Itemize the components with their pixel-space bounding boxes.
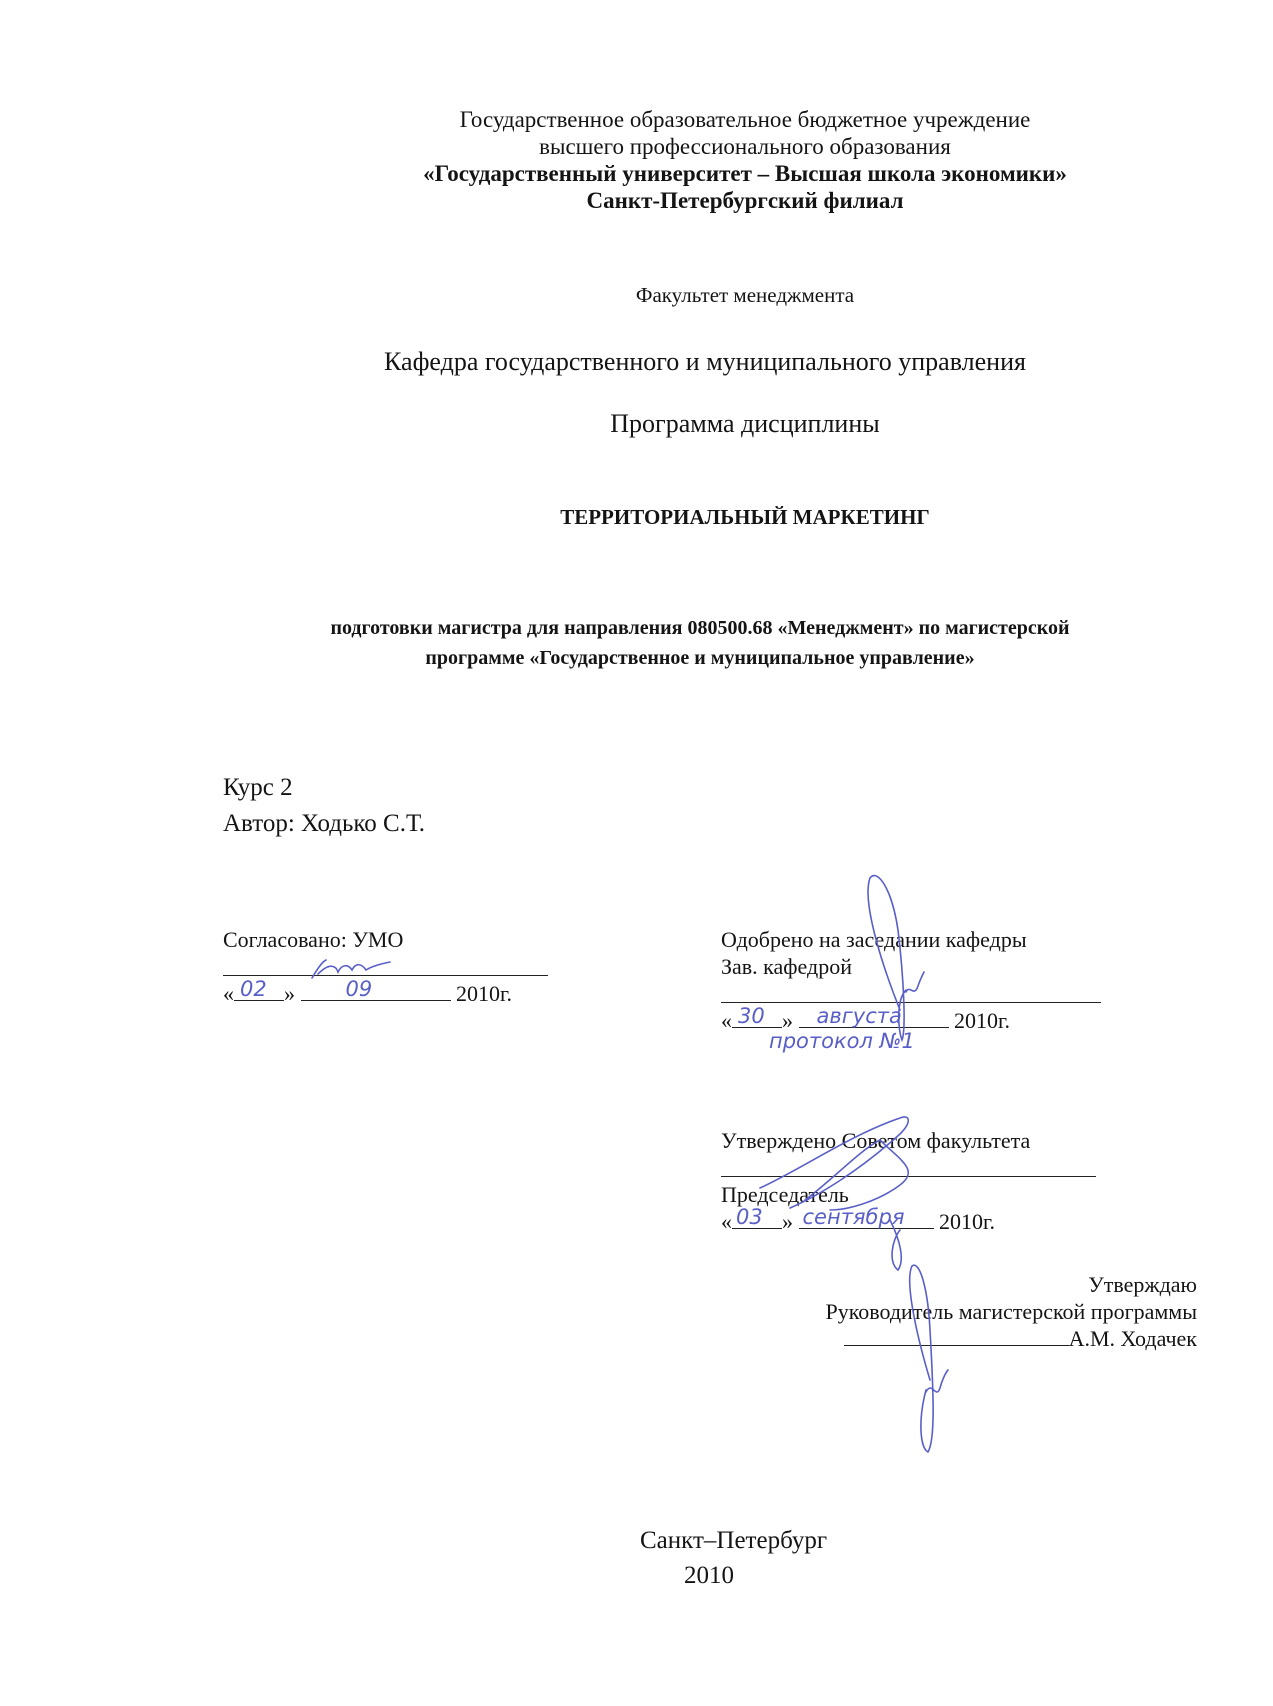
faculty-name: Факультет менеджмента bbox=[330, 283, 1160, 308]
approval-label: Утверждаю bbox=[825, 1271, 1197, 1298]
footer-year: 2010 bbox=[640, 1558, 827, 1593]
department-approval-block: Одобрено на заседании кафедры Зав. кафед… bbox=[721, 926, 1101, 1061]
council-day-field: 03 bbox=[732, 1208, 782, 1229]
course-author-block: Курс 2 Автор: Ходько С.Т. bbox=[223, 770, 425, 842]
institution-line-1: Государственное образовательное бюджетно… bbox=[380, 106, 1110, 133]
department-day-handwritten: 30 bbox=[738, 1003, 765, 1030]
council-approval-block: Утверждено Советом факультета Председате… bbox=[721, 1127, 1096, 1235]
footer: Санкт–Петербург 2010 bbox=[640, 1523, 827, 1593]
program-head-approval-block: Утверждаю Руководитель магистерской прог… bbox=[825, 1271, 1197, 1352]
program-head-role: Руководитель магистерской программы bbox=[825, 1298, 1197, 1325]
discipline-title: ТЕРРИТОРИАЛЬНЫЙ МАРКЕТИНГ bbox=[330, 505, 1160, 530]
council-signature-line bbox=[721, 1154, 1096, 1177]
council-approval-label: Утверждено Советом факультета bbox=[721, 1127, 1096, 1154]
branch-name: Санкт-Петербургский филиал bbox=[380, 187, 1110, 214]
council-chair-label: Председатель bbox=[721, 1181, 1096, 1208]
agreed-year: 2010г. bbox=[456, 981, 512, 1006]
department-head-label: Зав. кафедрой bbox=[721, 953, 1101, 980]
agreed-label: Согласовано: УМО bbox=[223, 926, 548, 953]
direction-line-1: подготовки магистра для направления 0805… bbox=[260, 613, 1140, 643]
council-approval-year: 2010г. bbox=[939, 1209, 995, 1234]
council-month-handwritten: сентября bbox=[803, 1204, 905, 1231]
program-head-signature-line bbox=[844, 1325, 1069, 1346]
author-name: Автор: Ходько С.Т. bbox=[223, 806, 425, 842]
department-signature-line bbox=[721, 980, 1101, 1003]
course-number: Курс 2 bbox=[223, 770, 425, 806]
protocol-handwritten: протокол №1 bbox=[769, 1028, 1149, 1055]
council-day-handwritten: 03 bbox=[736, 1204, 763, 1231]
agreed-month-handwritten: 09 bbox=[346, 976, 373, 1003]
agreed-month-field: 09 bbox=[301, 980, 451, 1001]
direction-line-2: программе «Государственное и муниципальн… bbox=[260, 643, 1140, 673]
agreed-block: Согласовано: УМО «02» 09 2010г. bbox=[223, 926, 548, 1007]
council-month-field: сентября bbox=[799, 1208, 934, 1229]
agreed-signature-line bbox=[223, 953, 548, 976]
department-day-field: 30 bbox=[732, 1007, 782, 1028]
footer-city: Санкт–Петербург bbox=[640, 1523, 827, 1558]
institution-line-2: высшего профессионального образования bbox=[380, 133, 1110, 160]
program-head-name: А.М. Ходачек bbox=[1069, 1326, 1197, 1351]
department-approval-label: Одобрено на заседании кафедры bbox=[721, 926, 1101, 953]
department-name: Кафедра государственного и муниципальног… bbox=[330, 347, 1080, 377]
agreed-day-handwritten: 02 bbox=[240, 976, 267, 1003]
university-name: «Государственный университет – Высшая шк… bbox=[380, 160, 1110, 187]
handwritten-signatures bbox=[0, 0, 1273, 1706]
direction-description: подготовки магистра для направления 0805… bbox=[260, 613, 1140, 673]
department-month-handwritten: августа bbox=[817, 1003, 902, 1030]
document-type: Программа дисциплины bbox=[330, 409, 1160, 439]
agreed-day-field: 02 bbox=[234, 980, 284, 1001]
department-month-field: августа bbox=[799, 1007, 949, 1028]
institution-header: Государственное образовательное бюджетно… bbox=[380, 106, 1110, 214]
